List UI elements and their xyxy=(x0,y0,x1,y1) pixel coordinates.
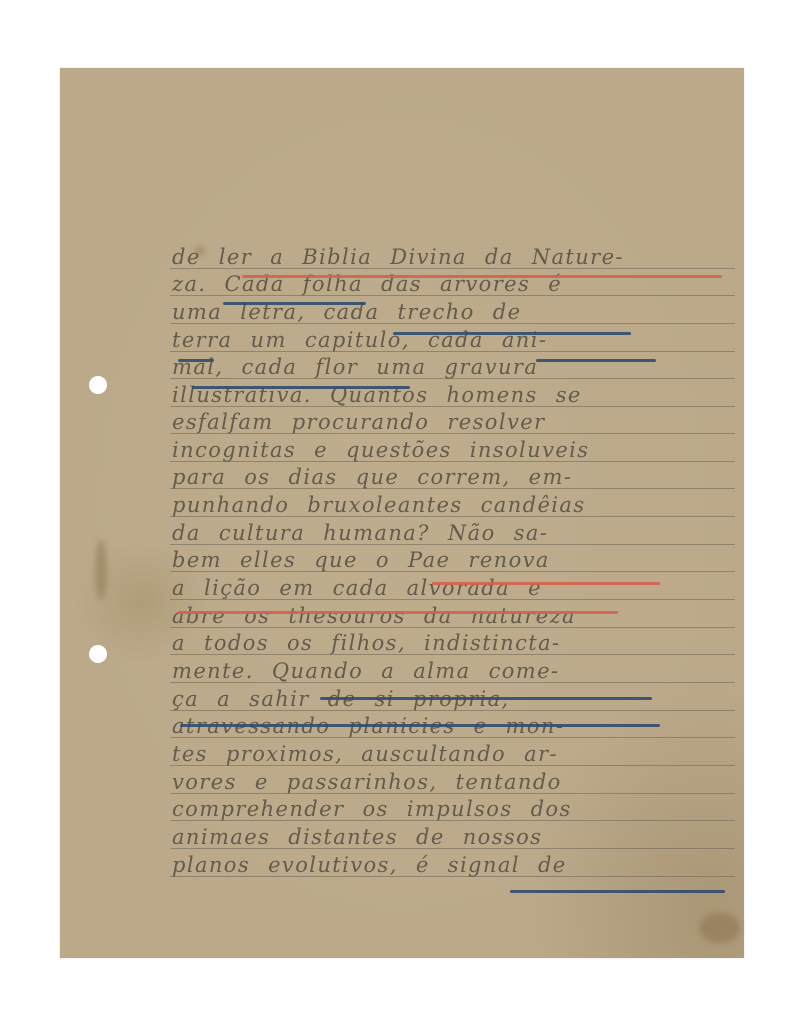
handwritten-line: terra um capitulo, cada ani- xyxy=(172,327,732,353)
blue-underline xyxy=(223,302,366,305)
blue-underline xyxy=(393,332,631,335)
blue-underline xyxy=(178,359,214,362)
red-underline xyxy=(178,611,618,614)
handwritten-line: incognitas e questões insoluveis xyxy=(172,437,732,463)
red-underline xyxy=(242,275,722,278)
blue-underline xyxy=(180,724,660,727)
handwritten-line: punhando bruxoleantes candêias xyxy=(172,492,732,518)
handwritten-line: bem elles que o Pae renova xyxy=(172,547,732,573)
handwritten-line: a lição em cada alvorada e xyxy=(172,575,732,601)
handwritten-line: esfalfam procurando resolver xyxy=(172,409,732,435)
punch-hole-bottom xyxy=(89,645,107,663)
handwritten-line: da cultura humana? Não sa- xyxy=(172,520,732,546)
handwritten-line: abre os thesouros da natureza xyxy=(172,603,732,629)
handwritten-line: mal, cada flor uma gravura xyxy=(172,354,732,380)
red-underline xyxy=(432,582,660,585)
handwritten-line: animaes distantes de nossos xyxy=(172,824,732,850)
handwritten-line: planos evolutivos, é signal de xyxy=(172,852,732,878)
handwritten-line: vores e passarinhos, tentando xyxy=(172,769,732,795)
handwritten-line: mente. Quando a alma come- xyxy=(172,658,732,684)
blue-underline xyxy=(510,890,725,893)
handwritten-line: para os dias que correm, em- xyxy=(172,464,732,490)
blue-underline xyxy=(536,359,656,362)
handwritten-line: a todos os filhos, indistincta- xyxy=(172,630,732,656)
handwritten-line: comprehender os impulsos dos xyxy=(172,796,732,822)
blue-underline xyxy=(320,697,652,700)
paper-stain xyxy=(95,540,107,600)
handwritten-line: de ler a Biblia Divina da Nature- xyxy=(172,244,732,270)
paper-stain xyxy=(700,913,740,943)
handwritten-line: tes proximos, auscultando ar- xyxy=(172,741,732,767)
blue-underline xyxy=(192,386,410,389)
punch-hole-top xyxy=(89,376,107,394)
manuscript-page: de ler a Biblia Divina da Nature- za. Ca… xyxy=(60,68,744,958)
